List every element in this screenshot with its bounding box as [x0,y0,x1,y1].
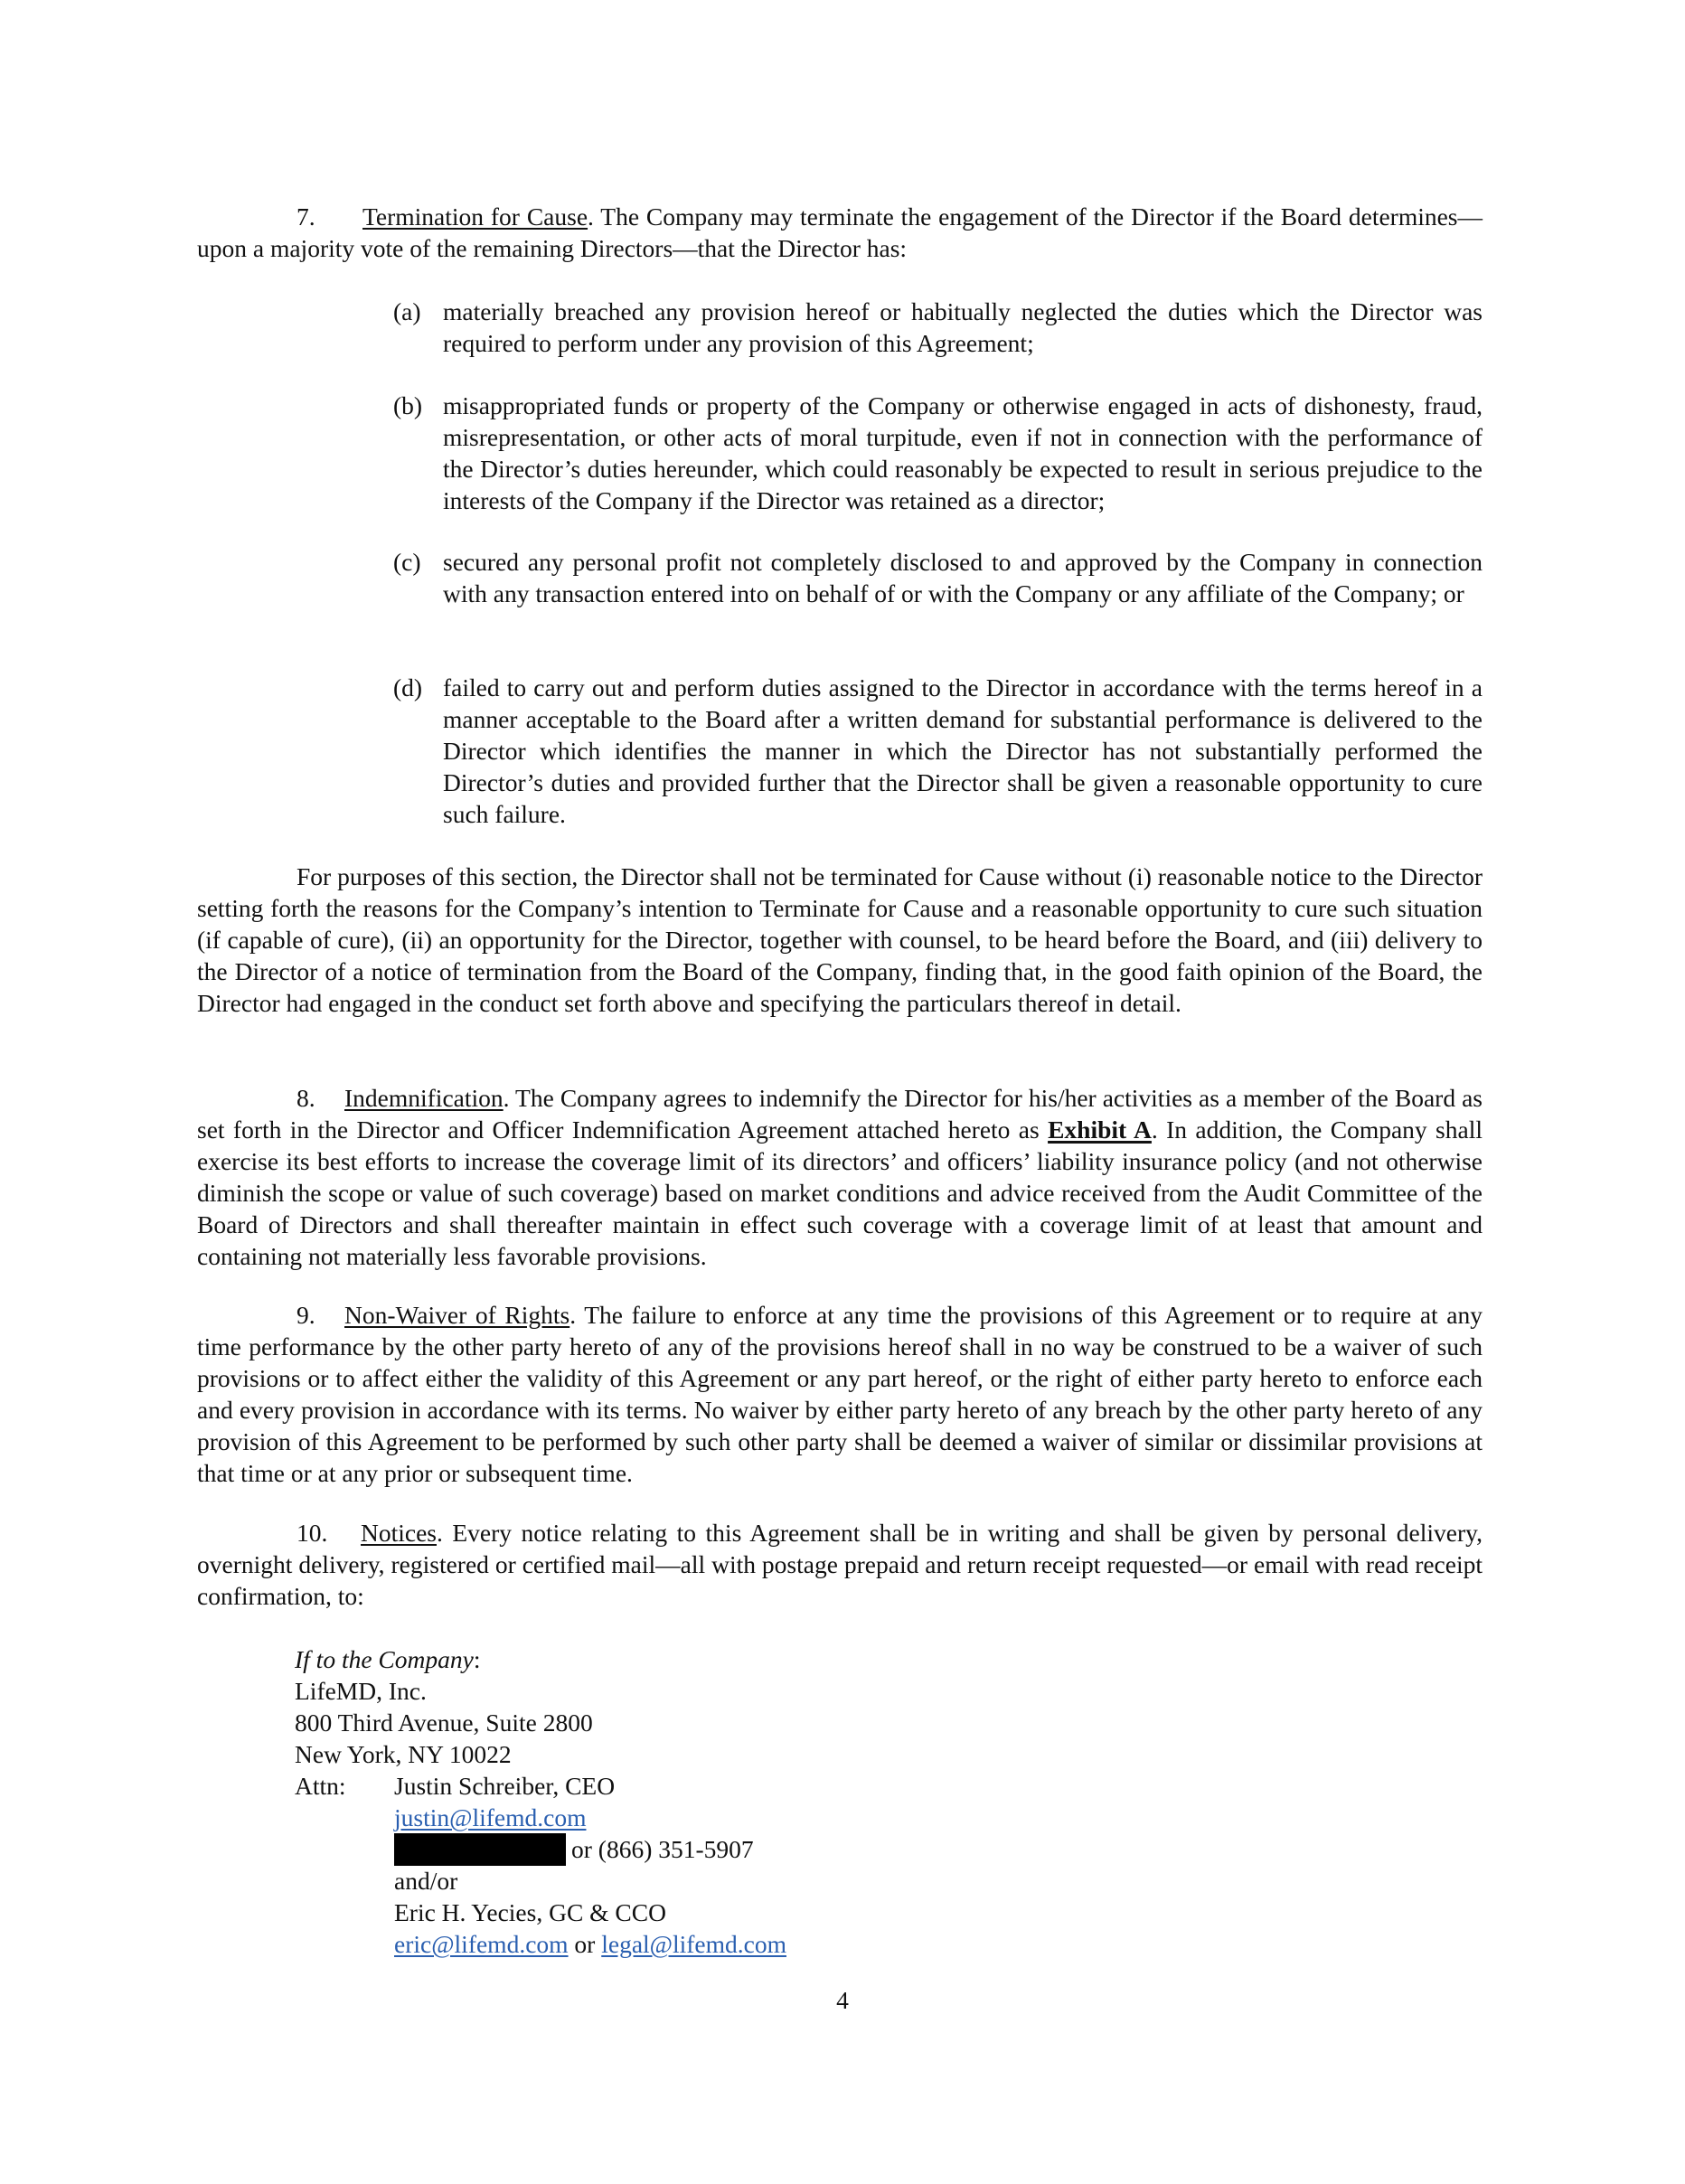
section-title: Non-Waiver of Rights [344,1301,570,1329]
section-10-paragraph: 10.Notices. Every notice relating to thi… [197,1517,1483,1612]
email-link-legal[interactable]: legal@lifemd.com [601,1930,786,1958]
address-heading: If to the Company: [295,1643,786,1675]
and-or-text: and/or [295,1865,786,1897]
clause-label: (d) [393,672,422,703]
section-number: 10. [297,1517,361,1549]
redacted-phone [394,1833,566,1866]
clause-label: (b) [393,390,422,421]
street-address: 800 Third Avenue, Suite 2800 [295,1707,786,1738]
clause-label: (a) [393,296,421,327]
contact-name: Eric H. Yecies, GC & CCO [295,1897,786,1928]
email-link-eric[interactable]: eric@lifemd.com [394,1930,569,1958]
section-number: 7. [297,201,362,232]
company-name: LifeMD, Inc. [295,1675,786,1707]
clause-item-d: (d) failed to carry out and perform duti… [393,672,1483,830]
attn-label: Attn: [295,1770,394,1802]
clause-item-c: (c) secured any personal profit not comp… [393,546,1483,609]
attn-line: Attn:Justin Schreiber, CEO [295,1770,786,1802]
section-title: Termination for Cause [362,202,588,231]
section-8-paragraph: 8.Indemnification. The Company agrees to… [197,1082,1483,1272]
city-state-zip: New York, NY 10022 [295,1738,786,1770]
section-9-paragraph: 9.Non-Waiver of Rights. The failure to e… [197,1299,1483,1489]
clause-item-a: (a) materially breached any provision he… [393,296,1483,359]
section-title: Notices [361,1519,437,1547]
page-number: 4 [0,1984,1685,2016]
exhibit-reference: Exhibit A [1048,1116,1152,1144]
clause-text: materially breached any provision hereof… [443,296,1483,359]
section-title: Indemnification [344,1084,504,1112]
notice-address-block: If to the Company: LifeMD, Inc. 800 Thir… [295,1643,786,1960]
section-number: 9. [297,1299,344,1331]
clause-item-b: (b) misappropriated funds or property of… [393,390,1483,516]
clause-text: secured any personal profit not complete… [443,546,1483,609]
section-number: 8. [297,1082,344,1114]
document-page: 7.Termination for Cause. The Company may… [0,0,1685,2184]
clause-text: failed to carry out and perform duties a… [443,672,1483,830]
phone-line: or (866) 351-5907 [295,1833,786,1865]
clause-text: misappropriated funds or property of the… [443,390,1483,516]
contact-name: Justin Schreiber, CEO [394,1772,615,1800]
clause-label: (c) [393,546,421,578]
email-link-justin[interactable]: justin@lifemd.com [394,1803,586,1831]
termination-purposes-paragraph: For purposes of this section, the Direct… [197,861,1483,1019]
section-7-intro: 7.Termination for Cause. The Company may… [197,201,1483,264]
